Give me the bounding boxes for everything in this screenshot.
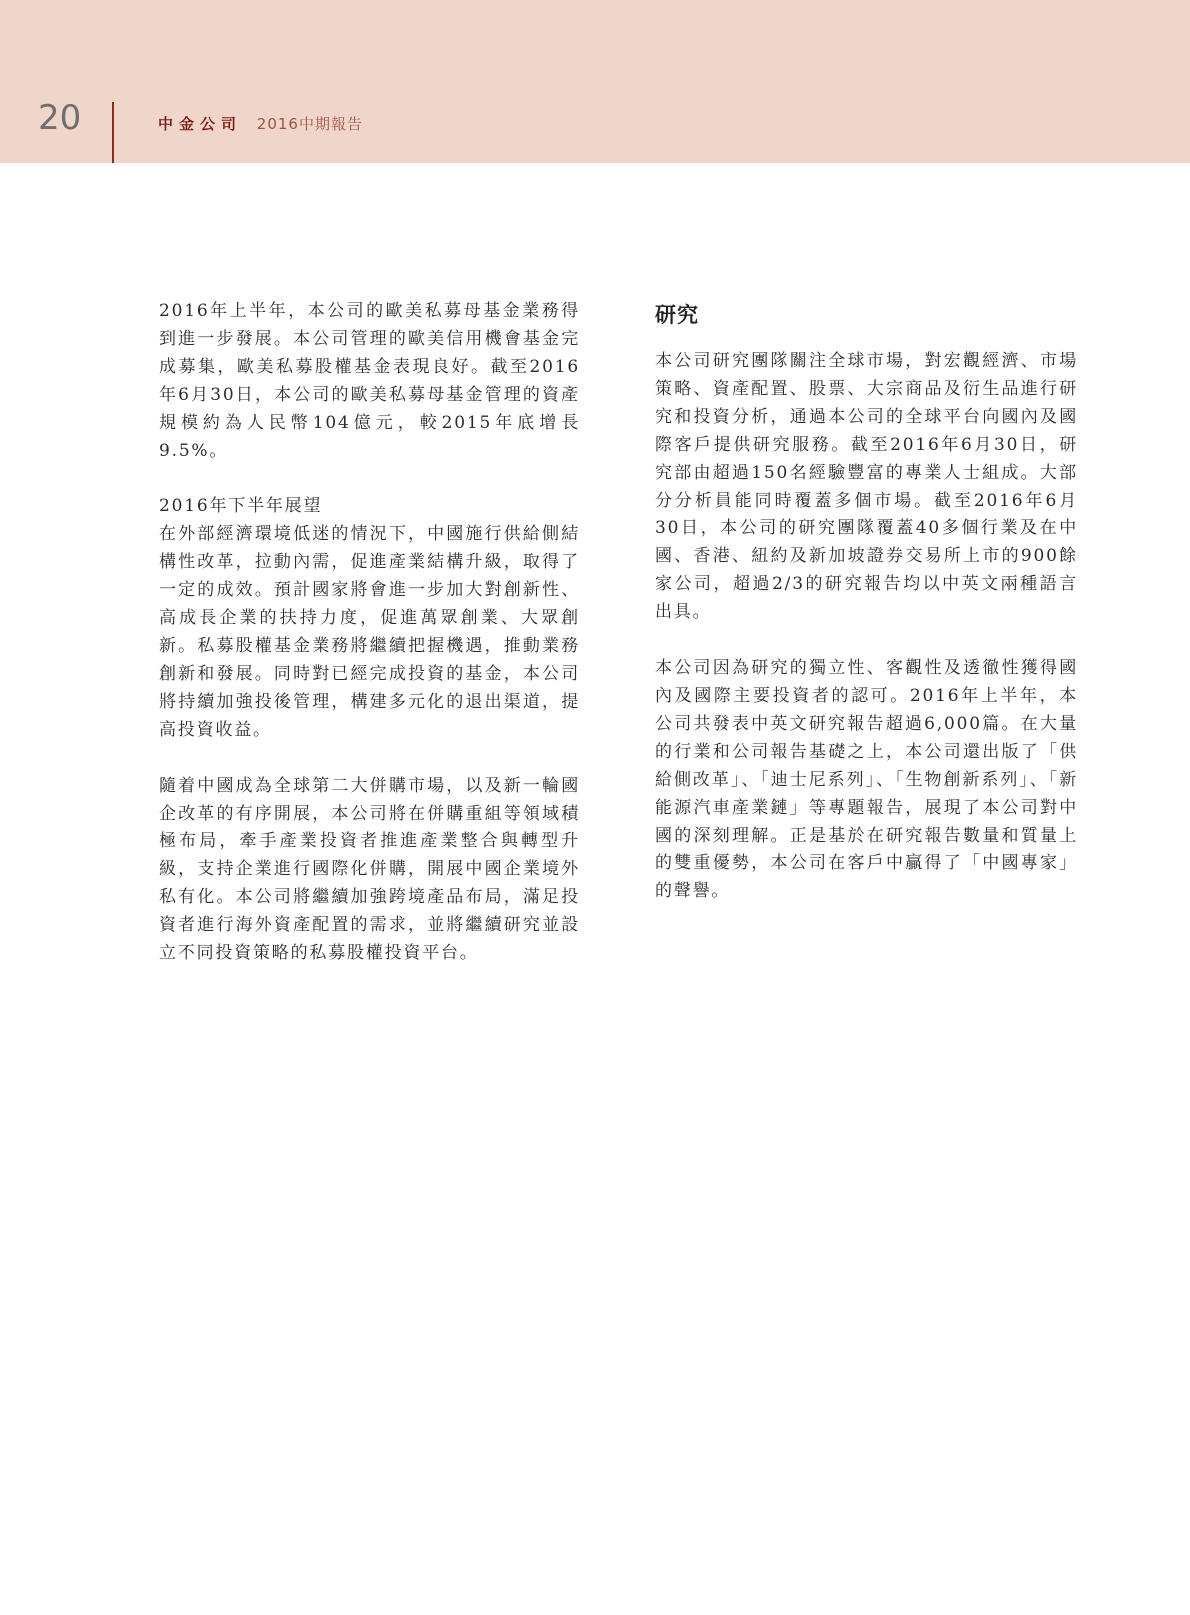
paragraph-outlook: 在外部經濟環境低迷的情況下，中國施行供給側結構性改革，拉動內需，促進產業結構升級…: [159, 521, 580, 744]
section-heading-research: 研究: [655, 300, 1078, 330]
outlook-heading: 2016年下半年展望: [159, 493, 580, 521]
company-name: 中金公司: [158, 115, 242, 133]
left-column: 2016年上半年，本公司的歐美私募母基金業務得到進一步發展。本公司管理的歐美信用…: [159, 298, 580, 968]
page-number: 20: [38, 98, 81, 138]
paragraph-research-recognition: 本公司因為研究的獨立性、客觀性及透徹性獲得國內及國際主要投資者的認可。2016年…: [655, 655, 1078, 906]
header-band: [0, 0, 1190, 163]
report-title: 2016中期報告: [257, 115, 363, 133]
right-column: 研究 本公司研究團隊關注全球市場，對宏觀經濟、市場策略、資產配置、股票、大宗商品…: [655, 300, 1078, 906]
paragraph-mna: 隨着中國成為全球第二大併購市場，以及新一輪國企改革的有序開展，本公司將在併購重組…: [159, 773, 580, 968]
running-header: 中金公司 2016中期報告: [158, 113, 363, 135]
outlook-section: 2016年下半年展望 在外部經濟環境低迷的情況下，中國施行供給側結構性改革，拉動…: [159, 493, 580, 744]
paragraph-research-team: 本公司研究團隊關注全球市場，對宏觀經濟、市場策略、資產配置、股票、大宗商品及衍生…: [655, 348, 1078, 627]
paragraph-pe-fof: 2016年上半年，本公司的歐美私募母基金業務得到進一步發展。本公司管理的歐美信用…: [159, 298, 580, 465]
header-divider: [112, 102, 114, 163]
